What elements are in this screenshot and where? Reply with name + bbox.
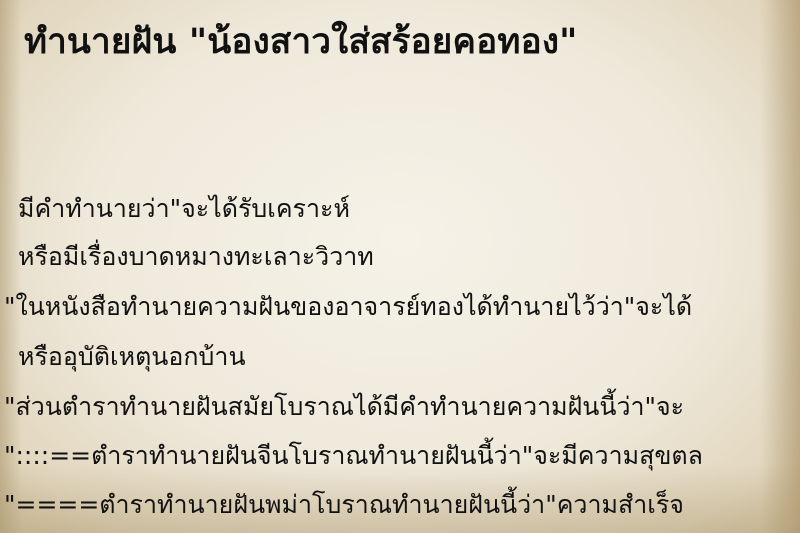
page-title: ทำนายฝัน "น้องสาวใส่สร้อยคอทอง": [24, 14, 578, 69]
prediction-line-2: หรือมีเรื่องบาดหมางทะเลาะวิวาท: [18, 244, 374, 269]
prediction-line-5: "ส่วนตำราทำนายฝันสมัยโบราณได้มีคำทำนายคว…: [4, 394, 684, 419]
prediction-line-1: มีคำทำนายว่า"จะได้รับเคราะห์: [18, 196, 350, 221]
prediction-line-7: "====ตำราทำนายฝันพม่าโบราณทำนายฝันนี้ว่า…: [4, 492, 684, 517]
parchment-edge-right: [760, 0, 800, 533]
prediction-line-4: หรืออุบัติเหตุนอกบ้าน: [18, 344, 246, 369]
prediction-line-3: "ในหนังสือทำนายความฝันของอาจารย์ทองได้ทำ…: [4, 294, 692, 319]
prediction-line-6: "::::==ตำราทำนายฝันจีนโบราณทำนายฝันนี้ว่…: [4, 443, 703, 468]
